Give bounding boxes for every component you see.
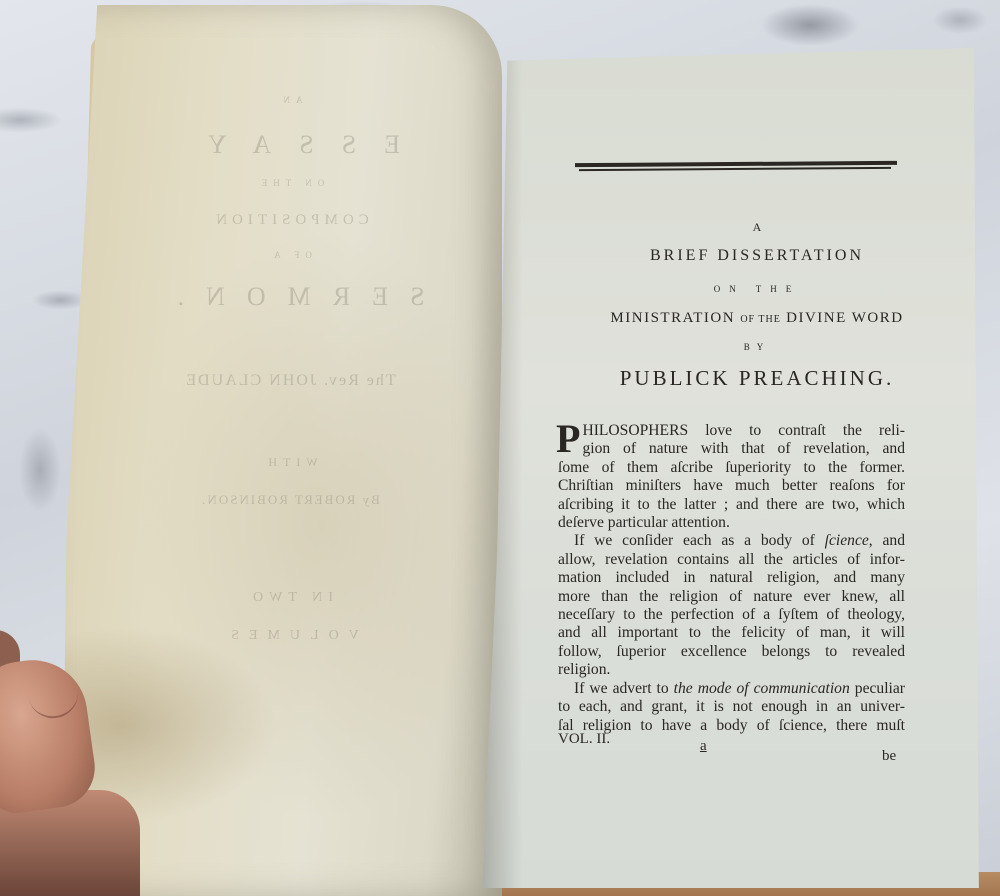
ghost-line: COMPOSITION <box>110 212 470 229</box>
catchword: be <box>882 748 896 765</box>
signature-mark: a <box>700 738 707 755</box>
text-line: Chriſtian miniſters have much better rea… <box>558 477 905 495</box>
ghost-line: ON THE <box>110 178 470 188</box>
ghost-line: By ROBERT ROBINSON. <box>110 492 470 508</box>
double-rule-bottom <box>579 167 891 171</box>
drop-cap: P <box>556 422 580 456</box>
text-line: If we conſider each as a body of ſcience… <box>558 532 905 550</box>
text-line: deſerve particular attention. <box>558 514 905 532</box>
ghost-line: VOLUMES <box>110 628 470 644</box>
text-line: gion of nature with that of revelation, … <box>558 440 905 458</box>
ghost-line: AN <box>110 95 470 105</box>
ghost-line: IN TWO <box>110 590 470 606</box>
text-run-italic: ſcience <box>825 532 869 549</box>
text-line: to each, and grant, it is not enough in … <box>558 698 905 716</box>
title-line-publick-preaching: PUBLICK PREACHING. <box>542 366 972 391</box>
double-rule-top <box>575 161 897 167</box>
text-run: If we advert to <box>574 680 669 697</box>
text-line: mation included in natural religion, and… <box>558 569 905 587</box>
text-line: aſcribing it to the latter ; and there a… <box>558 496 905 514</box>
title-line-on-the: ON THE <box>542 284 972 294</box>
title-of-the: OF THE <box>740 314 781 325</box>
text-run: peculiar <box>855 680 905 697</box>
title-ministration: MINISTRATION <box>610 310 735 326</box>
text-line: If we advert to the mode of communicatio… <box>558 680 905 698</box>
title-line-brief-dissertation: BRIEF DISSERTATION <box>542 247 972 265</box>
text-line: HILOSOPHERS love to contraſt the reli- <box>558 422 905 440</box>
title-divine-word: DIVINE WORD <box>786 310 903 326</box>
text-line: neceſſary to the perfection of a ſyſtem … <box>558 606 905 624</box>
text-line: ſome of them aſcribe ſuperiority to the … <box>558 459 905 477</box>
body-text: P HILOSOPHERS love to contraſt the reli-… <box>558 422 905 735</box>
title-line-ministration: MINISTRATION OF THE DIVINE WORD <box>542 310 972 327</box>
text-line: allow, revelation contains all the artic… <box>558 551 905 569</box>
ghost-line: OF A <box>110 250 470 260</box>
volume-label: VOL. II. <box>558 731 610 748</box>
ghost-line: SERMON. <box>110 282 470 312</box>
ghost-line: WITH <box>110 455 470 470</box>
text-line: religion. <box>558 661 905 679</box>
right-page: A BRIEF DISSERTATION ON THE MINISTRATION… <box>482 48 989 888</box>
ghost-line: The Rev. JOHN CLAUDE <box>110 372 470 390</box>
page-footer: VOL. II. <box>558 731 905 748</box>
text-run: , and <box>869 532 905 549</box>
ghost-line: ESSAY <box>110 130 470 160</box>
title-line-by: BY <box>542 342 972 352</box>
title-article: A <box>542 220 972 235</box>
text-line: follow, ſuperior excellence belongs to r… <box>558 643 905 661</box>
text-line: more than the religion of nature ever kn… <box>558 588 905 606</box>
text-line: and all important to the felicity of man… <box>558 624 905 642</box>
text-run: If we conſider each as a body of <box>574 532 815 549</box>
text-run-italic: the mode of communication <box>674 680 850 697</box>
